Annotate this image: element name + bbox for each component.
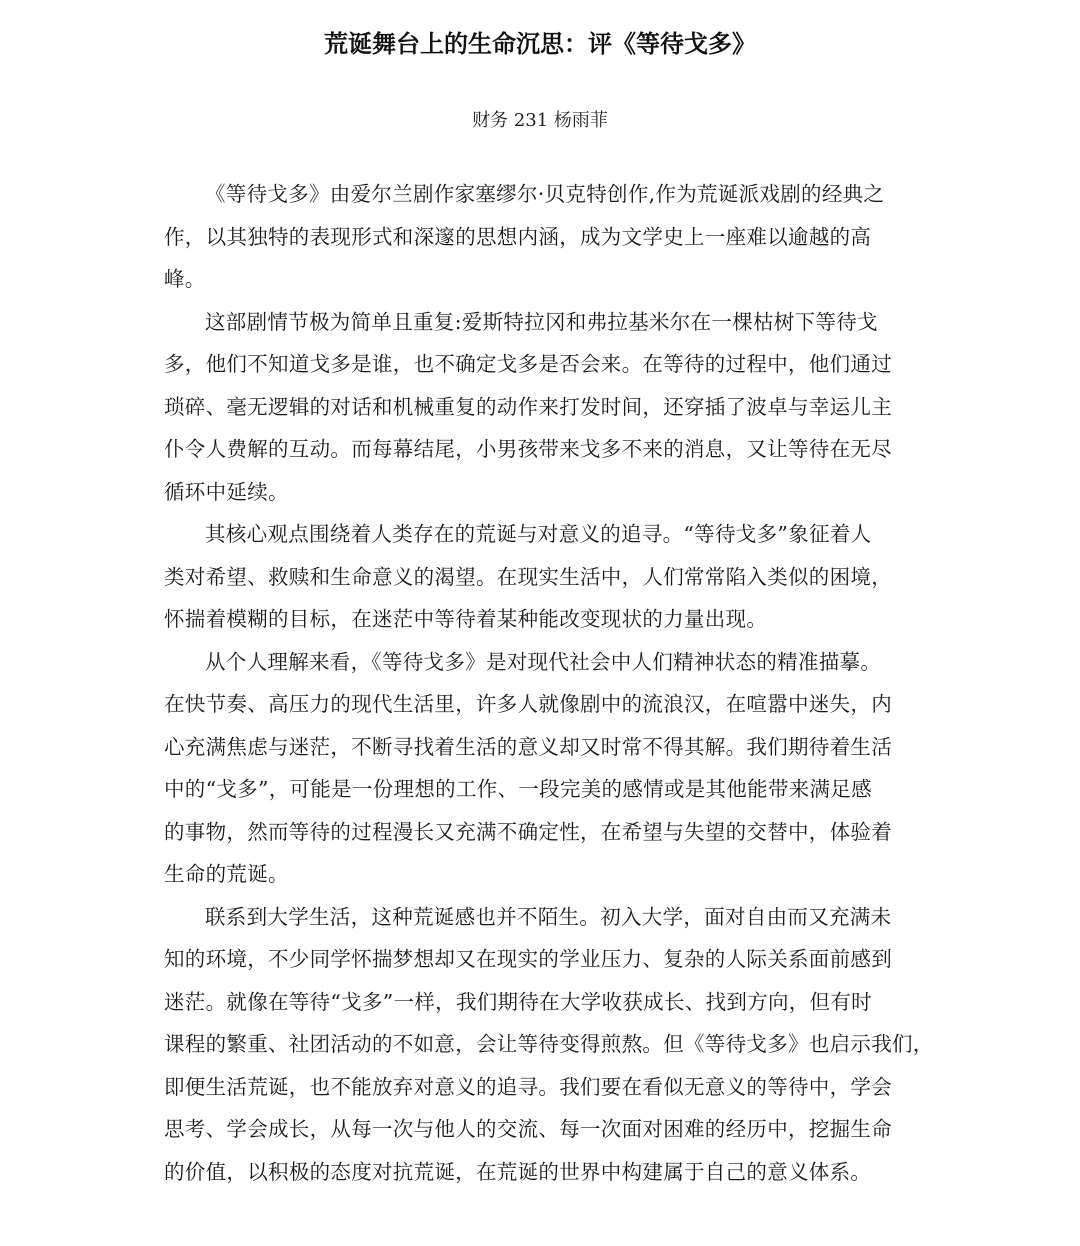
text-line: 峰。 <box>164 258 934 301</box>
text-line: 思考、学会成长，从每一次与他人的交流、每一次面对困难的经历中，挖掘生命 <box>164 1108 934 1151</box>
paragraph-5: 联系到大学生活，这种荒诞感也并不陌生。初入大学，面对自由而又充满未 知的环境，不… <box>164 896 934 1194</box>
text-line: 怀揣着模糊的目标，在迷茫中等待着某种能改变现状的力量出现。 <box>164 598 934 641</box>
text-line: 即便生活荒诞，也不能放弃对意义的追寻。我们要在看似无意义的等待中，学会 <box>164 1066 934 1109</box>
text-line: 的事物，然而等待的过程漫长又充满不确定性，在希望与失望的交替中，体验着 <box>164 811 934 854</box>
text-line: 其核心观点围绕着人类存在的荒诞与对意义的追寻。“等待戈多”象征着人 <box>164 513 934 556</box>
text-line: 从个人理解来看，《等待戈多》是对现代社会中人们精神状态的精准描摹。 <box>164 641 934 684</box>
author-line: 财务 231 杨雨菲 <box>0 106 1080 136</box>
text-line: 心充满焦虑与迷茫，不断寻找着生活的意义却又时常不得其解。我们期待着生活 <box>164 726 934 769</box>
paragraph-1: 《等待戈多》由爱尔兰剧作家塞缪尔·贝克特创作,作为荒诞派戏剧的经典之 作，以其独… <box>164 173 934 301</box>
document-page: 荒诞舞台上的生命沉思：评《等待戈多》 财务 231 杨雨菲 《等待戈多》由爱尔兰… <box>0 0 1080 1246</box>
text-line: 中的“戈多”，可能是一份理想的工作、一段完美的感情或是其他能带来满足感 <box>164 768 934 811</box>
text-line: 在快节奏、高压力的现代生活里，许多人就像剧中的流浪汉，在喧嚣中迷失，内 <box>164 683 934 726</box>
text-line: 《等待戈多》由爱尔兰剧作家塞缪尔·贝克特创作,作为荒诞派戏剧的经典之 <box>164 173 934 216</box>
text-line: 联系到大学生活，这种荒诞感也并不陌生。初入大学，面对自由而又充满未 <box>164 896 934 939</box>
document-body: 《等待戈多》由爱尔兰剧作家塞缪尔·贝克特创作,作为荒诞派戏剧的经典之 作，以其独… <box>164 173 934 1193</box>
text-line: 知的环境，不少同学怀揣梦想却又在现实的学业压力、复杂的人际关系面前感到 <box>164 938 934 981</box>
text-line: 仆令人费解的互动。而每幕结尾，小男孩带来戈多不来的消息，又让等待在无尽 <box>164 428 934 471</box>
text-line: 生命的荒诞。 <box>164 853 934 896</box>
text-line: 作，以其独特的表现形式和深邃的思想内涵，成为文学史上一座难以逾越的高 <box>164 216 934 259</box>
text-line: 循环中延续。 <box>164 471 934 514</box>
text-line: 多，他们不知道戈多是谁，也不确定戈多是否会来。在等待的过程中，他们通过 <box>164 343 934 386</box>
text-line: 类对希望、救赎和生命意义的渴望。在现实生活中，人们常常陷入类似的困境， <box>164 556 934 599</box>
document-title: 荒诞舞台上的生命沉思：评《等待戈多》 <box>0 24 1080 64</box>
text-line: 这部剧情节极为简单且重复:爱斯特拉冈和弗拉基米尔在一棵枯树下等待戈 <box>164 301 934 344</box>
text-line: 迷茫。就像在等待“戈多”一样，我们期待在大学收获成长、找到方向，但有时 <box>164 981 934 1024</box>
text-line: 琐碎、毫无逻辑的对话和机械重复的动作来打发时间，还穿插了波卓与幸运儿主 <box>164 386 934 429</box>
paragraph-4: 从个人理解来看，《等待戈多》是对现代社会中人们精神状态的精准描摹。 在快节奏、高… <box>164 641 934 896</box>
text-line: 课程的繁重、社团活动的不如意，会让等待变得煎熬。但《等待戈多》也启示我们， <box>164 1023 934 1066</box>
paragraph-3: 其核心观点围绕着人类存在的荒诞与对意义的追寻。“等待戈多”象征着人 类对希望、救… <box>164 513 934 641</box>
paragraph-2: 这部剧情节极为简单且重复:爱斯特拉冈和弗拉基米尔在一棵枯树下等待戈 多，他们不知… <box>164 301 934 514</box>
text-line: 的价值，以积极的态度对抗荒诞，在荒诞的世界中构建属于自己的意义体系。 <box>164 1151 934 1194</box>
